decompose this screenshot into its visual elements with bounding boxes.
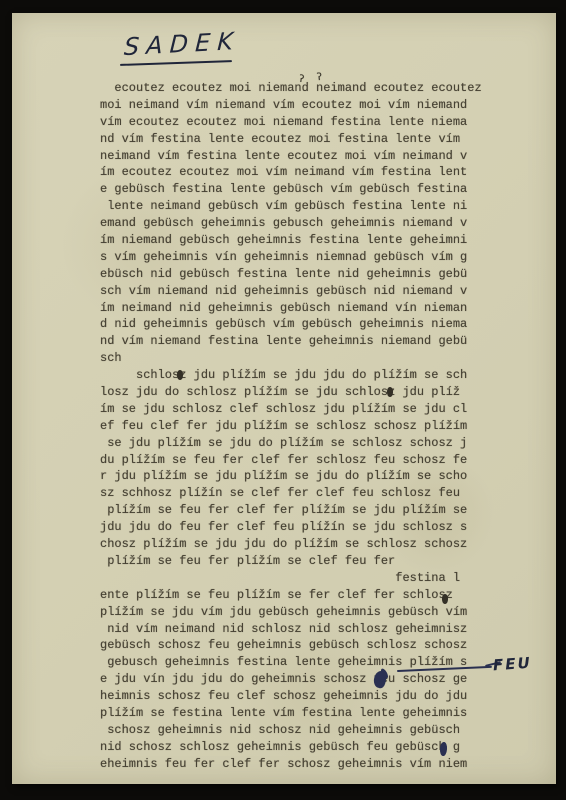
typescript-line: eheimnis feu fer clef fer schosz geheimn… [100, 756, 500, 773]
typescript-line: s vím geheimnis vín geheimnis niemnad ge… [100, 249, 500, 266]
typescript-line: schosz geheimnis nid schosz nid geheimni… [100, 722, 500, 739]
typescript-line: nd vím festina lente ecoutez moi festina… [100, 131, 500, 148]
typescript-line: r jdu plížím se jdu plížím se jdu do plí… [100, 468, 500, 485]
typescript-line: plížím se festina lente vím festina lent… [100, 705, 500, 722]
typescript-line: festina l [100, 570, 500, 587]
typescript-line: ecoutez ecoutez moi niemand neimand ecou… [100, 80, 500, 97]
typescript-line: ím neimand nid geheimnis gebüsch niemand… [100, 300, 500, 317]
typed-overstrike-mark [387, 387, 393, 397]
typescript-line: neimand vím festina lente ecoutez moi ví… [100, 148, 500, 165]
typescript-line: sch vím niemand nid geheimnis gebüsch ni… [100, 283, 500, 300]
typescript-line: vím ecoutez ecoutez moi niemand festina … [100, 114, 500, 131]
margin-annotation: FEU [492, 654, 532, 675]
typescript-line: ím ecoutez ecoutez moi vím neimand vím f… [100, 164, 500, 181]
paper-sheet: SADEK ʔ ʔ ecoutez ecoutez moi niemand ne… [12, 13, 556, 784]
title-underline [120, 60, 232, 66]
typescript-line: ebüsch nid gebüsch festina lente nid geh… [100, 266, 500, 283]
typescript-line: emand gebüsch geheimnis gebusch geheimni… [100, 215, 500, 232]
typescript-line: sz schhosz plížín se clef fer clef feu s… [100, 485, 500, 502]
typescript-line: moi neimand vím niemand vím ecoutez moi … [100, 97, 500, 114]
typescript-line: plížím se jdu vím jdu gebüsch geheimnis … [100, 604, 500, 621]
typed-overstrike-mark [177, 370, 183, 380]
typescript-line: nd vím niemand festina lente geheimnis n… [100, 333, 500, 350]
typescript-line: nid vím neimand nid schlosz nid schlosz … [100, 621, 500, 638]
typescript-line: ente plížím se feu plížím se fer clef fe… [100, 587, 500, 604]
typescript-line: plížím se feu fer clef fer plížím se jdu… [100, 502, 500, 519]
typescript-line: heimnis schosz feu clef schosz geheimnis… [100, 688, 500, 705]
typescript-line: d nid geheimnis gebüsch vím gebüsch gehe… [100, 316, 500, 333]
typescript-line: e gebüsch festina lente gebüsch vím gebü… [100, 181, 500, 198]
typed-overstrike-mark [442, 594, 448, 604]
typescript-line: sch [100, 350, 500, 367]
typescript-line: plížím se feu fer plížím se clef feu fer [100, 553, 500, 570]
typescript-line: jdu jdu do feu fer clef feu plížín se jd… [100, 519, 500, 536]
typescript-line: se jdu plížím se jdu do plížím se schlos… [100, 435, 500, 452]
handwritten-title: SADEK [123, 27, 240, 61]
typescript-line: gebüsch schosz feu geheimnis gebüsch sch… [100, 637, 500, 654]
typescript-line: lente neimand gebüsch vím gebüsch festin… [100, 198, 500, 215]
typescript-line: ím niemand gebüsch geheimnis festina len… [100, 232, 500, 249]
typescript-line: losz jdu do schlosz plížím se jdu schlos… [100, 384, 500, 401]
typescript-line: du plížím se feu fer clef fer schlosz fe… [100, 452, 500, 469]
typescript-line: ím se jdu schlosz clef schlosz jdu plíží… [100, 401, 500, 418]
scan-background: SADEK ʔ ʔ ecoutez ecoutez moi niemand ne… [0, 0, 566, 800]
typescript-line: ef feu clef fer jdu plížím se schlosz sc… [100, 418, 500, 435]
typescript-line: schlosz jdu plížím se jdu jdu do plížím … [100, 367, 500, 384]
typescript-line: chosz plížím se jdu jdu do plížím se sch… [100, 536, 500, 553]
typescript-line: e jdu vín jdu jdu do geheimnis schosz fe… [100, 671, 500, 688]
